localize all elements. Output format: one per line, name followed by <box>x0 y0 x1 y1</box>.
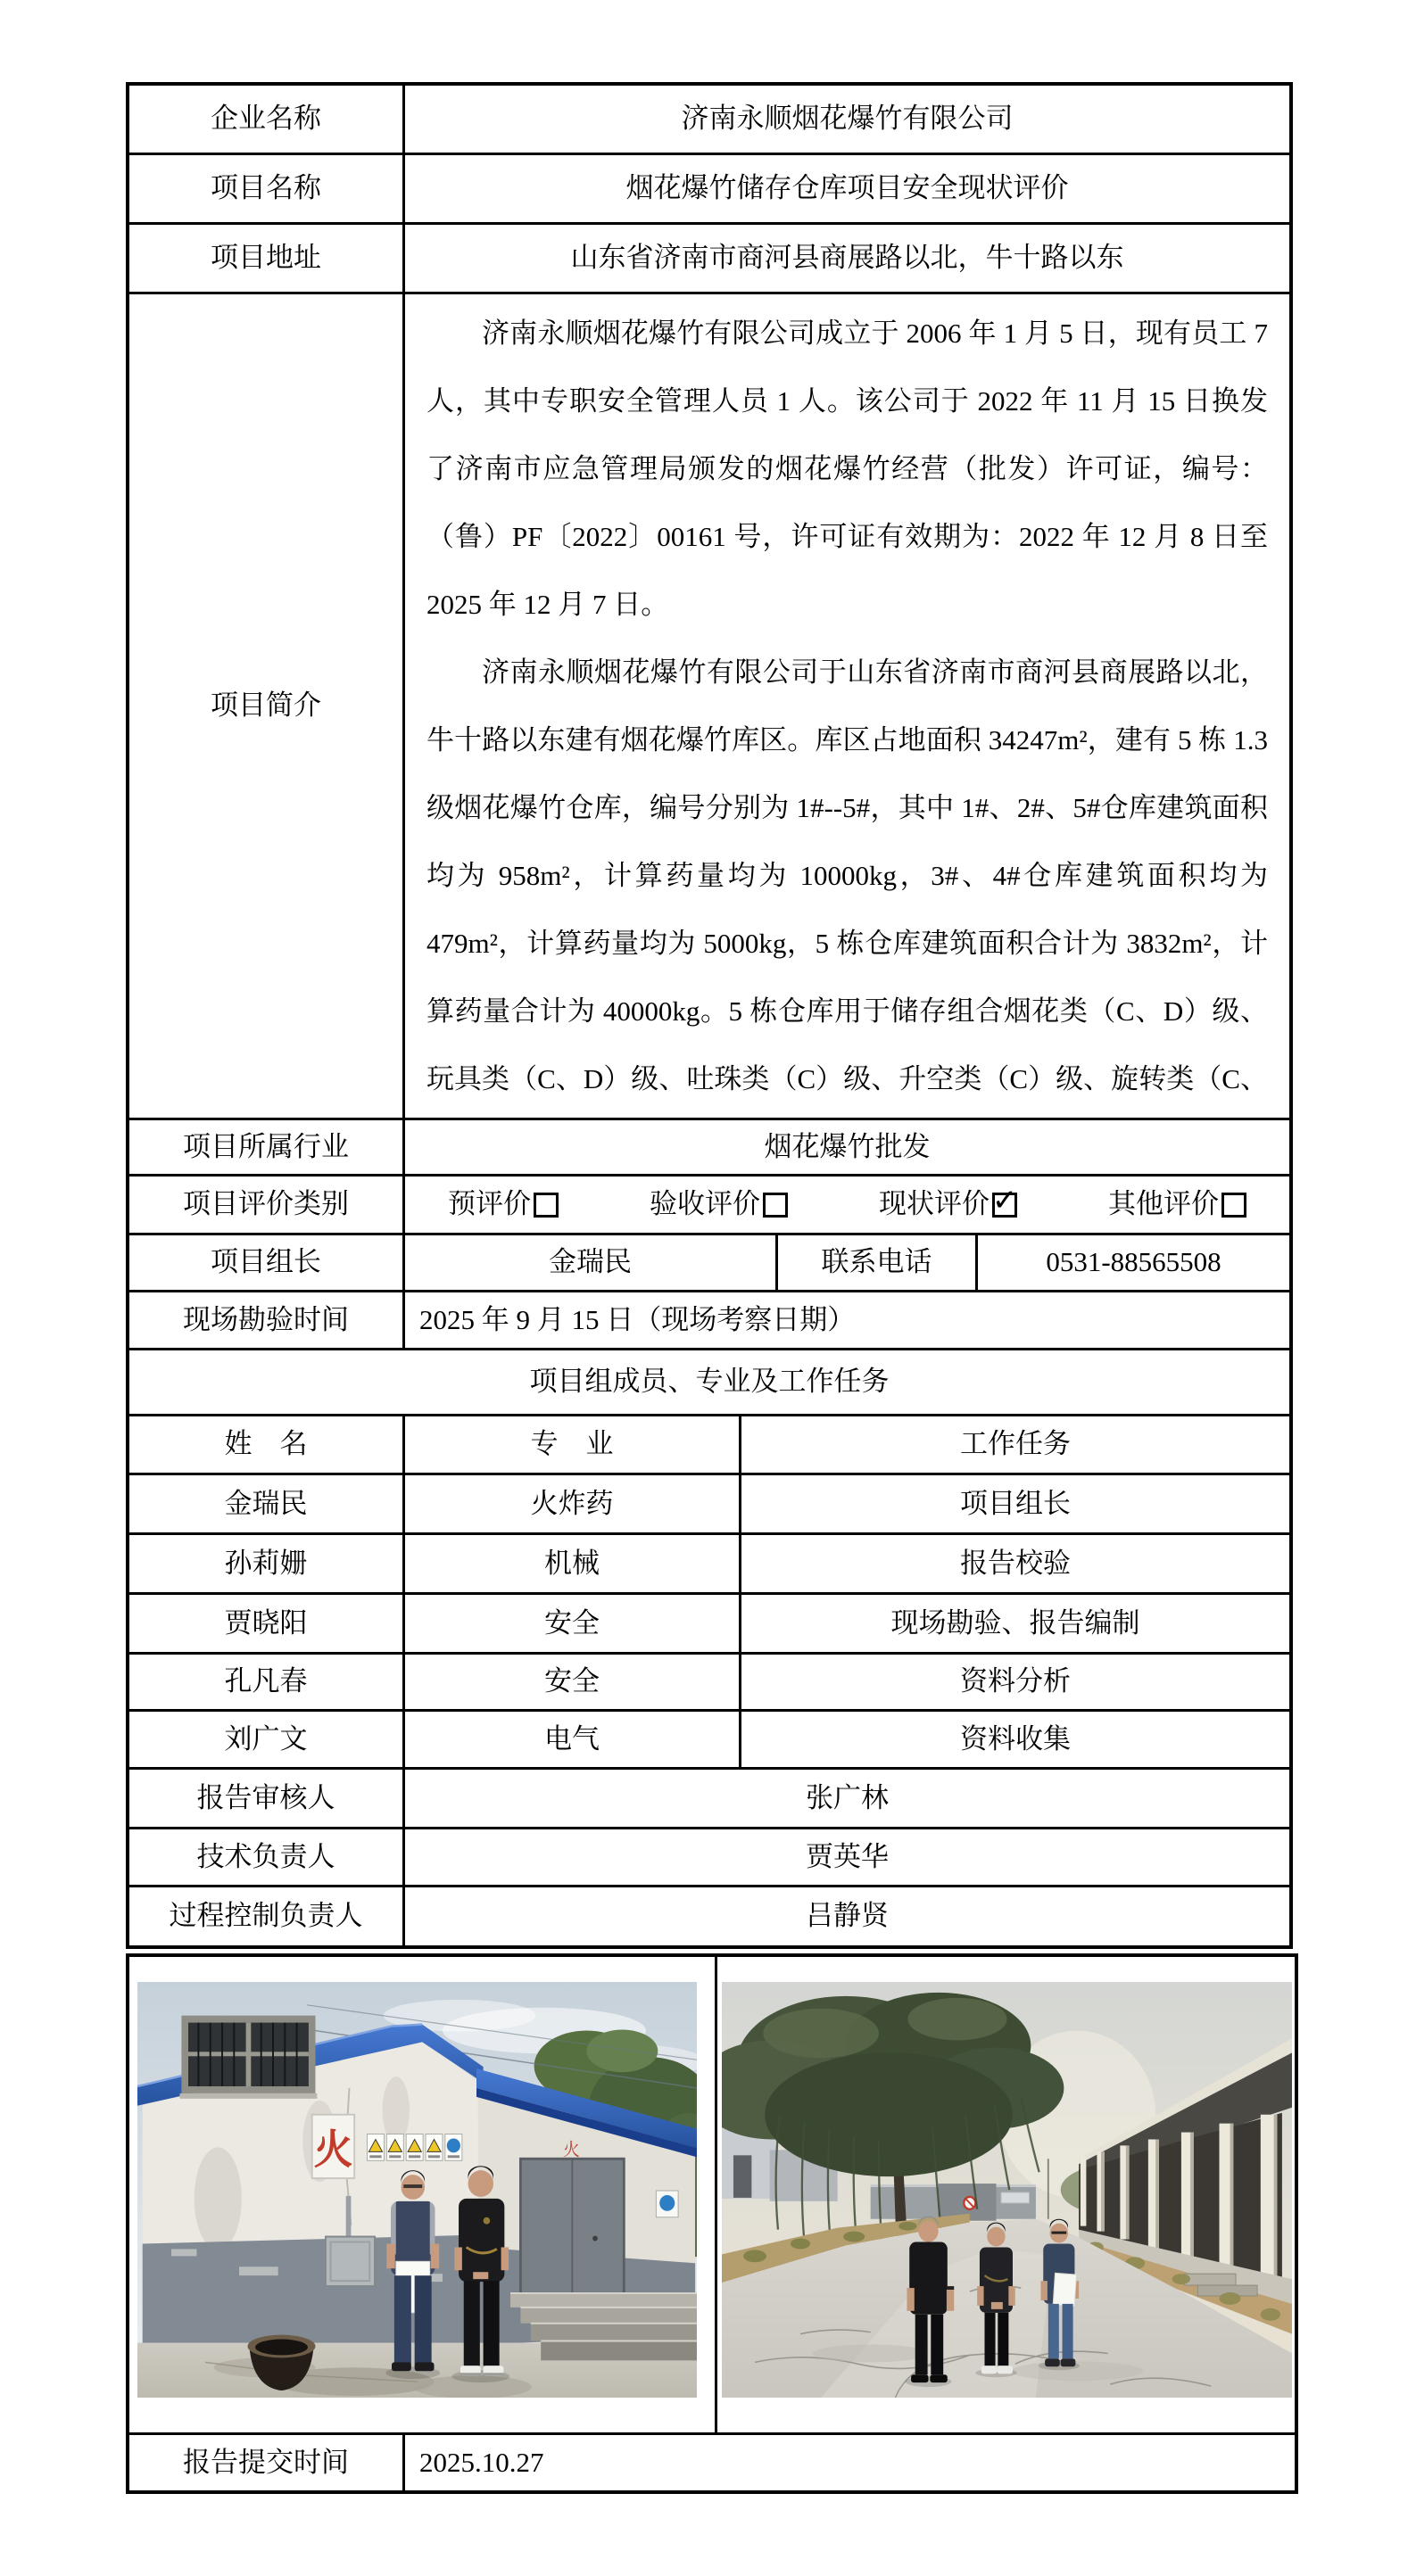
fire-sign-text: 火 <box>314 2126 353 2172</box>
member-major-header: 专 业 <box>405 1416 741 1473</box>
checkbox-unchecked <box>1221 1193 1246 1218</box>
member-major: 安全 <box>405 1655 741 1709</box>
eval-type-options: 预评价 验收评价 现状评价 ✓ 其他评价 <box>405 1177 1289 1233</box>
table-row: 技术负责人 贾英华 <box>129 1829 1289 1887</box>
table-row: 项目组成员、专业及工作任务 <box>129 1350 1289 1416</box>
member-task: 项目组长 <box>741 1475 1289 1532</box>
site-photo-road <box>722 1982 1292 2398</box>
reviewer-name: 张广林 <box>405 1770 1289 1827</box>
table-row: 姓 名 专 业 工作任务 <box>129 1416 1289 1475</box>
submit-date-value: 2025.10.27 <box>405 2435 1295 2490</box>
member-task: 资料收集 <box>741 1712 1289 1767</box>
mandatory-sign <box>445 2134 462 2161</box>
table-row: 现场勘验时间 2025 年 9 月 15 日（现场考察日期） <box>129 1292 1289 1350</box>
member-row: 贾晓阳 安全 现场勘验、报告编制 <box>129 1595 1289 1655</box>
eval-option-label: 验收评价 <box>650 1187 760 1222</box>
table-row: 过程控制负责人 吕静贤 <box>129 1887 1289 1945</box>
member-major: 安全 <box>405 1595 741 1652</box>
member-row: 孔凡春 安全 资料分析 <box>129 1655 1289 1712</box>
table-row: 项目所属行业 烟花爆竹批发 <box>129 1120 1289 1177</box>
survey-date-label: 现场勘验时间 <box>129 1292 405 1348</box>
checkbox-unchecked <box>534 1193 559 1218</box>
photo-cell-right <box>717 1957 1292 2432</box>
eval-option-other: 其他评价 <box>1108 1187 1246 1222</box>
table-row: 项目简介 济南永顺烟花爆竹有限公司成立于 2006 年 1 月 5 日，现有员工… <box>129 294 1289 1120</box>
warning-signs <box>367 2134 461 2161</box>
table-row: 项目组长 金瑞民 联系电话 0531-88565508 <box>129 1235 1289 1292</box>
member-major: 电气 <box>405 1712 741 1767</box>
reviewer-label: 报告审核人 <box>129 1770 405 1827</box>
process-lead-name: 吕静贤 <box>405 1887 1289 1945</box>
eval-option-label: 预评价 <box>448 1187 531 1222</box>
tech-lead-name: 贾英华 <box>405 1829 1289 1885</box>
team-section-title: 项目组成员、专业及工作任务 <box>129 1350 1289 1414</box>
member-name: 金瑞民 <box>129 1475 405 1532</box>
eval-type-label: 项目评价类别 <box>129 1177 405 1233</box>
table-row: 项目名称 烟花爆竹储存仓库项目安全现状评价 <box>129 155 1289 225</box>
member-row: 孙莉姗 机械 报告校验 <box>129 1535 1289 1595</box>
site-photos-table: 火 <box>126 1953 1298 2494</box>
process-lead-label: 过程控制负责人 <box>129 1887 405 1945</box>
member-task: 资料分析 <box>741 1655 1289 1709</box>
checkbox-unchecked <box>763 1193 788 1218</box>
company-name-label: 企业名称 <box>129 86 405 153</box>
member-row: 刘广文 电气 资料收集 <box>129 1712 1289 1770</box>
white-paper <box>1053 2273 1076 2306</box>
member-task: 报告校验 <box>741 1535 1289 1592</box>
project-address-value: 山东省济南市商河县商展路以北，牛十路以东 <box>405 225 1289 292</box>
leader-name: 金瑞民 <box>405 1235 778 1290</box>
eval-option-label: 其他评价 <box>1108 1187 1219 1222</box>
barred-window <box>180 2016 318 2099</box>
eval-option-acceptance: 验收评价 <box>650 1187 788 1222</box>
door-red-mark: 火 <box>563 2140 580 2159</box>
table-row: 报告审核人 张广林 <box>129 1770 1289 1829</box>
checkbox-checked: ✓ <box>992 1193 1017 1218</box>
photo-cell-left: 火 <box>129 1957 717 2432</box>
leader-label: 项目组长 <box>129 1235 405 1290</box>
table-row: 项目评价类别 预评价 验收评价 现状评价 ✓ 其他评价 <box>129 1177 1289 1235</box>
warehouse-door: 火 <box>520 2140 624 2306</box>
member-name: 贾晓阳 <box>129 1595 405 1652</box>
eval-option-status: 现状评价 ✓ <box>879 1187 1017 1222</box>
phone-label: 联系电话 <box>778 1235 978 1290</box>
eval-option-pre: 预评价 <box>448 1187 559 1222</box>
project-name-value: 烟花爆竹储存仓库项目安全现状评价 <box>405 155 1289 222</box>
tech-lead-label: 技术负责人 <box>129 1829 405 1885</box>
member-task-header: 工作任务 <box>741 1416 1289 1473</box>
member-major: 火炸药 <box>405 1475 741 1532</box>
industry-label: 项目所属行业 <box>129 1120 405 1174</box>
member-name-header: 姓 名 <box>129 1416 405 1473</box>
table-row: 企业名称 济南永顺烟花爆竹有限公司 <box>129 86 1289 155</box>
industry-value: 烟花爆竹批发 <box>405 1120 1289 1174</box>
door-side-sign <box>656 2191 678 2217</box>
fire-sign: 火 <box>312 2115 355 2178</box>
project-info-table: 企业名称 济南永顺烟花爆竹有限公司 项目名称 烟花爆竹储存仓库项目安全现状评价 … <box>126 82 1293 1949</box>
member-major: 机械 <box>405 1535 741 1592</box>
submit-date-label: 报告提交时间 <box>129 2435 405 2490</box>
intro-paragraph-1: 济南永顺烟花爆竹有限公司成立于 2006 年 1 月 5 日，现有员工 7 人，… <box>426 300 1268 639</box>
phone-number: 0531-88565508 <box>978 1235 1289 1290</box>
eval-option-label: 现状评价 <box>879 1187 990 1222</box>
member-name: 刘广文 <box>129 1712 405 1767</box>
document-page: 企业名称 济南永顺烟花爆竹有限公司 项目名称 烟花爆竹储存仓库项目安全现状评价 … <box>0 0 1416 2576</box>
intro-paragraph-2: 济南永顺烟花爆竹有限公司于山东省济南市商河县商展路以北，牛十路以东建有烟花爆竹库… <box>426 639 1268 1118</box>
photo-row: 火 <box>129 1957 1295 2435</box>
survey-date-value: 2025 年 9 月 15 日（现场考察日期） <box>405 1292 1289 1348</box>
project-name-label: 项目名称 <box>129 155 405 222</box>
table-row: 项目地址 山东省济南市商河县商展路以北，牛十路以东 <box>129 225 1289 294</box>
member-name: 孙莉姗 <box>129 1535 405 1592</box>
member-task: 现场勘验、报告编制 <box>741 1595 1289 1652</box>
company-name-value: 济南永顺烟花爆竹有限公司 <box>405 86 1289 153</box>
table-row: 报告提交时间 2025.10.27 <box>129 2435 1295 2490</box>
member-name: 孔凡春 <box>129 1655 405 1709</box>
site-photo-warehouse: 火 <box>137 1982 697 2398</box>
member-row: 金瑞民 火炸药 项目组长 <box>129 1475 1289 1535</box>
project-intro-text: 济南永顺烟花爆竹有限公司成立于 2006 年 1 月 5 日，现有员工 7 人，… <box>405 294 1289 1118</box>
project-address-label: 项目地址 <box>129 225 405 292</box>
project-intro-label: 项目简介 <box>129 294 405 1118</box>
